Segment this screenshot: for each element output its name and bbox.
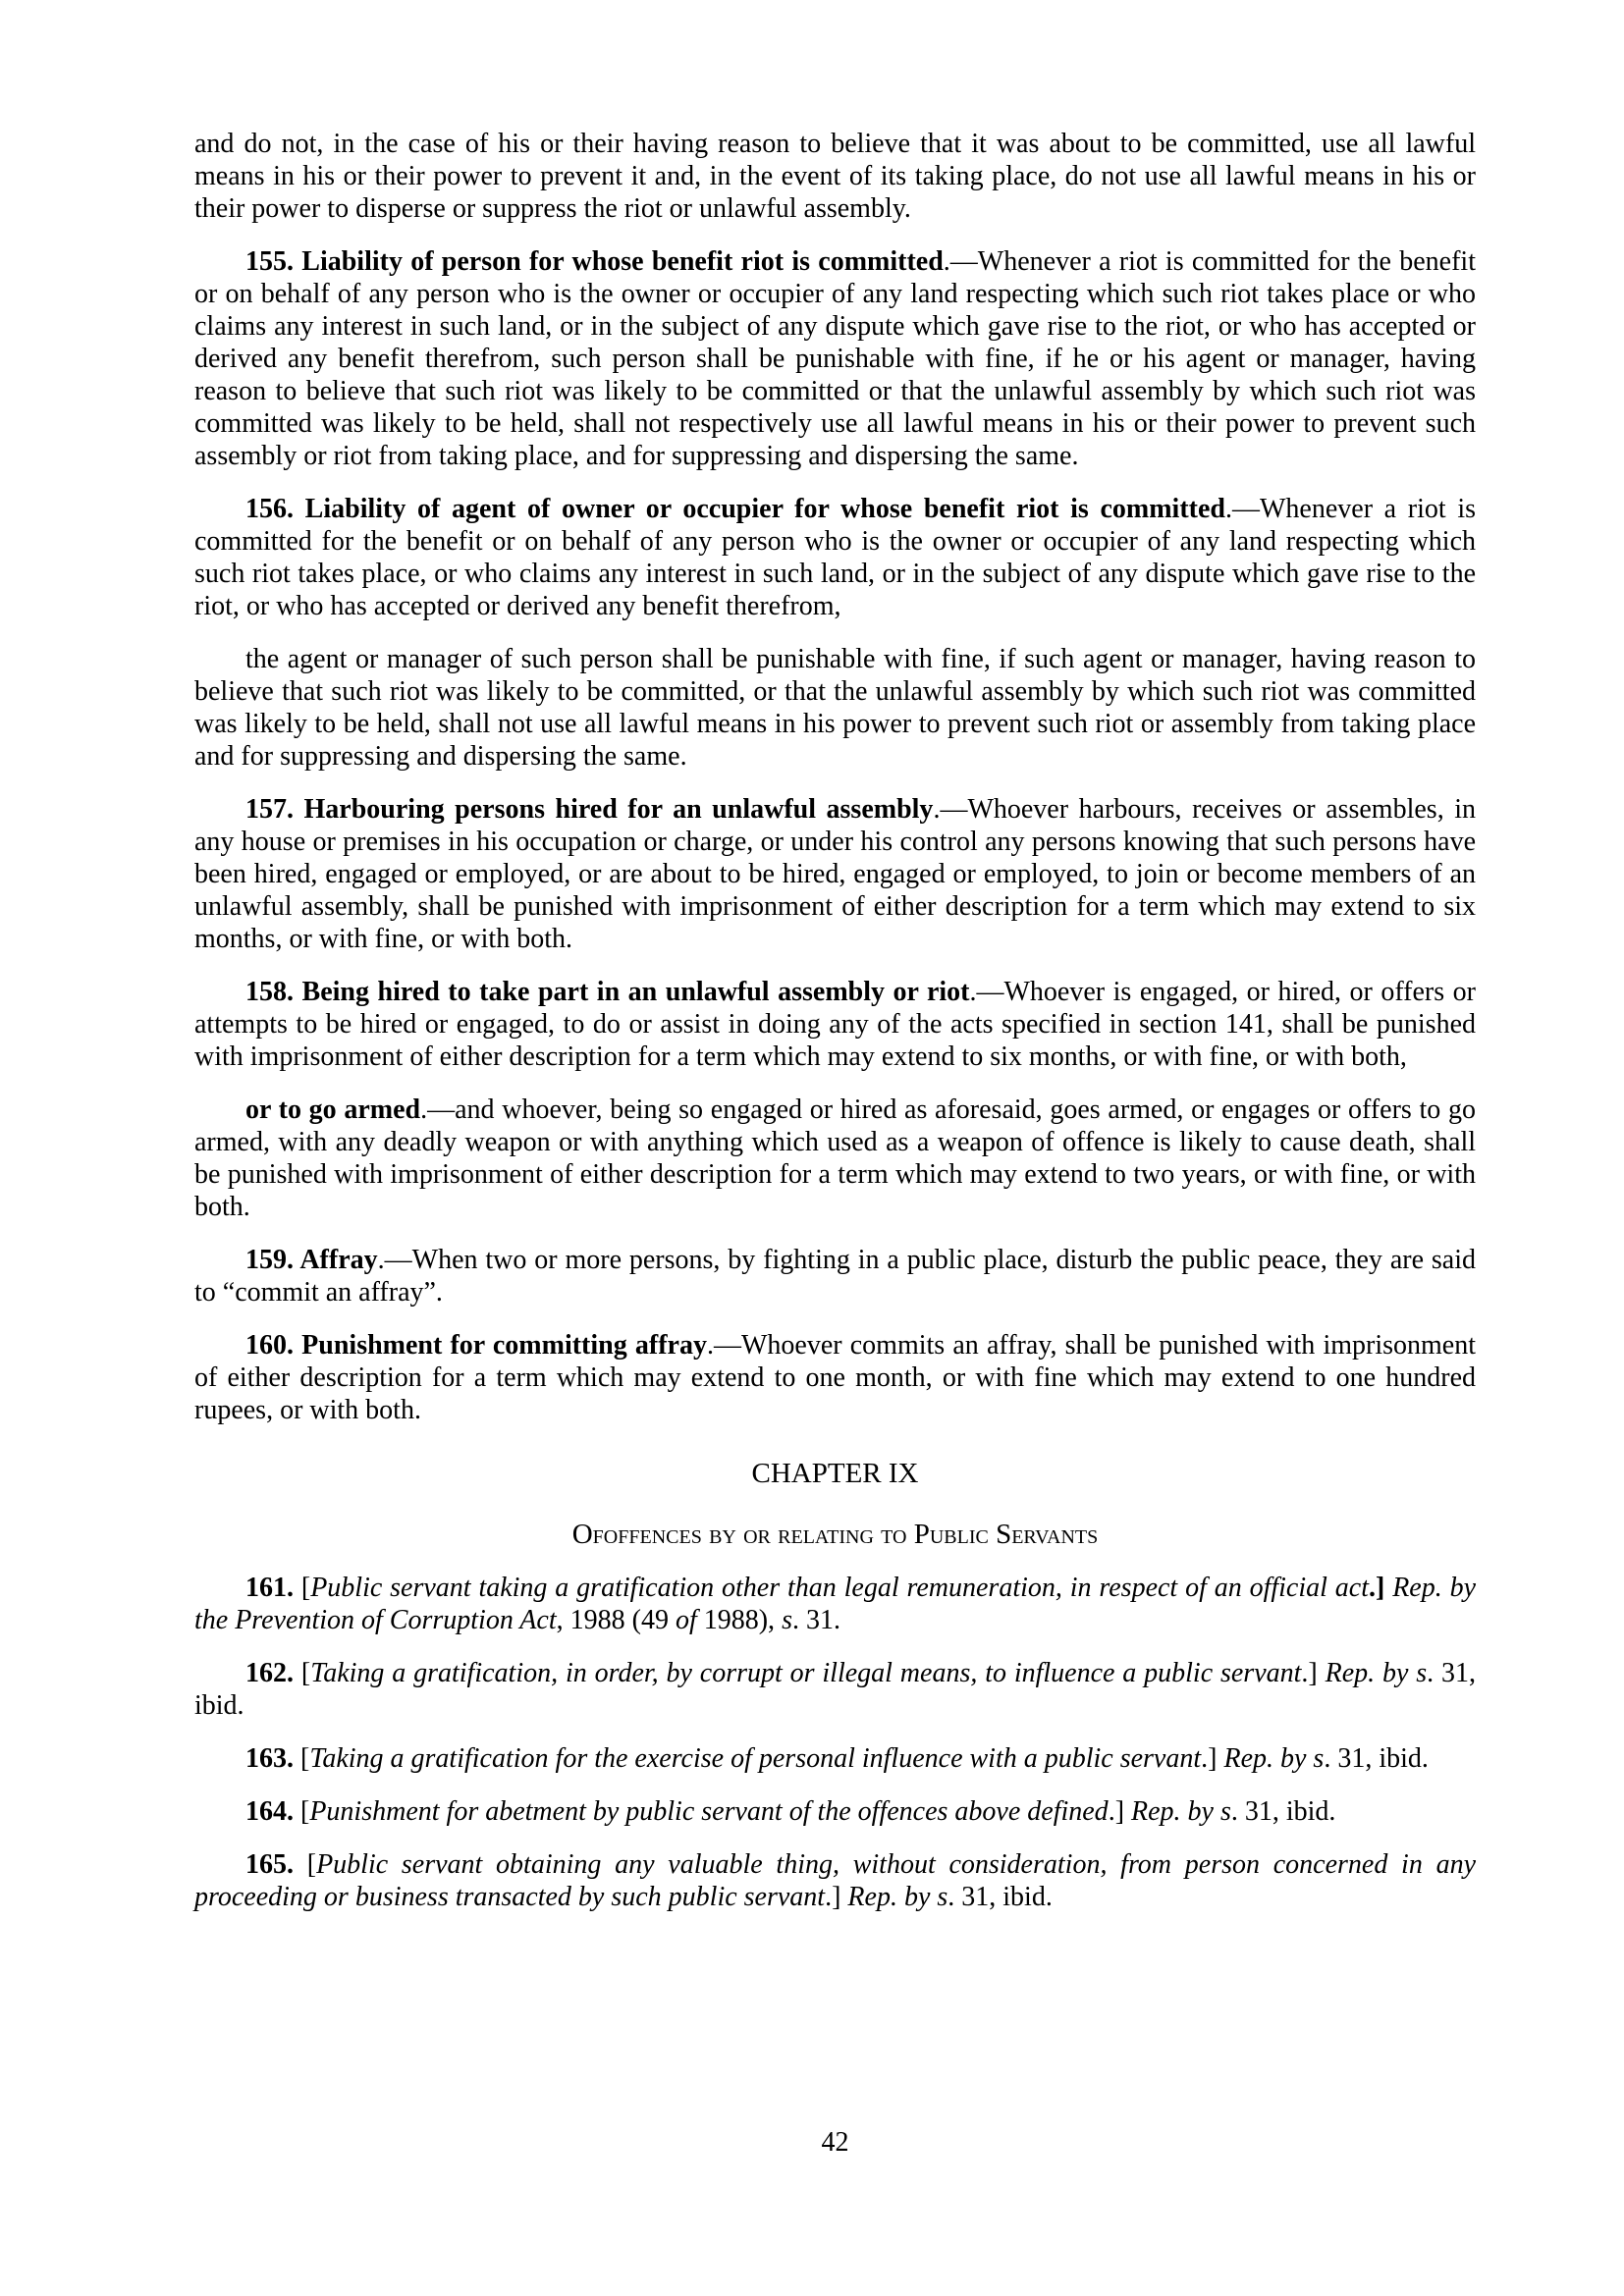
text-run: [: [300, 1796, 309, 1827]
repeal-note-run: Rep. by s: [1326, 1658, 1428, 1688]
section-heading-run: 157. Harbouring persons hired for an unl…: [245, 794, 933, 825]
paragraph-section-163: 163. [Taking a gratification for the exe…: [194, 1742, 1476, 1775]
text-run: [: [301, 1573, 310, 1603]
paragraph-section-158-or-to-go-armed: or to go armed.—and whoever, being so en…: [194, 1094, 1476, 1223]
section-heading-run: 158. Being hired to take part in an unla…: [245, 977, 970, 1007]
paragraph-section-155: 155. Liability of person for whose benef…: [194, 245, 1476, 472]
document-page: and do not, in the case of his or their …: [0, 0, 1624, 2296]
section-heading-run: 165.: [245, 1849, 307, 1880]
paragraph-section-158: 158. Being hired to take part in an unla…: [194, 976, 1476, 1073]
text-run: .]: [1201, 1743, 1223, 1774]
text-run: .—Whenever a riot is committed for the b…: [194, 246, 1476, 471]
section-heading-run: 163.: [245, 1743, 300, 1774]
text-run: [: [307, 1849, 316, 1880]
section-heading-run: 160. Punishment for committing affray: [245, 1330, 707, 1361]
chapter-heading: CHAPTER IX: [194, 1458, 1476, 1490]
section-heading-run: or to go armed: [245, 1095, 420, 1125]
paragraph-section-164: 164. [Punishment for abetment by public …: [194, 1795, 1476, 1828]
text-run: .—When two or more persons, by fighting …: [194, 1245, 1476, 1308]
repealed-title-run: Taking a gratification for the exercise …: [309, 1743, 1201, 1774]
paragraph-section-160: 160. Punishment for committing affray.—W…: [194, 1329, 1476, 1426]
section-heading-run: 155. Liability of person for whose benef…: [245, 246, 944, 277]
repealed-title-run: Public servant taking a gratification ot…: [310, 1573, 1369, 1603]
repeal-note-run: Rep. by s: [1131, 1796, 1231, 1827]
repeal-note-run: Rep. by s: [847, 1882, 947, 1912]
paragraph-section-159: 159. Affray.—When two or more persons, b…: [194, 1244, 1476, 1308]
section-heading-run: 164.: [245, 1796, 300, 1827]
page-number: 42: [822, 2127, 849, 2158]
section-heading-run: 159. Affray: [245, 1245, 378, 1275]
text-run: .]: [825, 1882, 847, 1912]
text-run: 1988),: [697, 1605, 782, 1635]
text-block: and do not, in the case of his or their …: [194, 128, 1476, 1913]
section-heading-run: 161.: [245, 1573, 301, 1603]
paragraph-section-162: 162. [Taking a gratification, in order, …: [194, 1657, 1476, 1722]
text-run: .]: [1109, 1796, 1131, 1827]
section-heading-run: 162.: [245, 1658, 301, 1688]
paragraph-section-156: 156. Liability of agent of owner or occu…: [194, 493, 1476, 622]
section-heading-run: 156. Liability of agent of owner or occu…: [245, 494, 1225, 524]
text-run: . 31, ibid.: [1231, 1796, 1336, 1827]
paragraph-section-165: 165. [Public servant obtaining any valua…: [194, 1848, 1476, 1913]
text-run: , 1988 (49: [557, 1605, 676, 1635]
text-run: of: [676, 1605, 697, 1635]
text-run: the agent or manager of such person shal…: [194, 644, 1476, 772]
paragraph-continuation: and do not, in the case of his or their …: [194, 128, 1476, 225]
paragraph-section-157: 157. Harbouring persons hired for an unl…: [194, 793, 1476, 955]
repealed-title-run: Punishment for abetment by public servan…: [309, 1796, 1108, 1827]
chapter-subtitle: Ofoffences by or relating to Public Serv…: [194, 1519, 1476, 1551]
text-run: and do not, in the case of his or their …: [194, 129, 1476, 224]
text-run: . 31, ibid.: [1324, 1743, 1429, 1774]
text-run: . 31.: [792, 1605, 840, 1635]
repeal-note-run: Rep. by s: [1223, 1743, 1324, 1774]
text-run: [: [301, 1658, 310, 1688]
text-run: [: [300, 1743, 309, 1774]
text-run: .]: [1301, 1658, 1325, 1688]
page-footer: 42: [194, 2126, 1476, 2159]
text-run: . 31, ibid.: [947, 1882, 1053, 1912]
text-run: s: [782, 1605, 792, 1635]
repealed-title-run: Taking a gratification, in order, by cor…: [310, 1658, 1301, 1688]
text-run: .]: [1369, 1573, 1392, 1603]
paragraph-section-161: 161. [Public servant taking a gratificat…: [194, 1572, 1476, 1636]
paragraph-section-156-continuation: the agent or manager of such person shal…: [194, 643, 1476, 773]
